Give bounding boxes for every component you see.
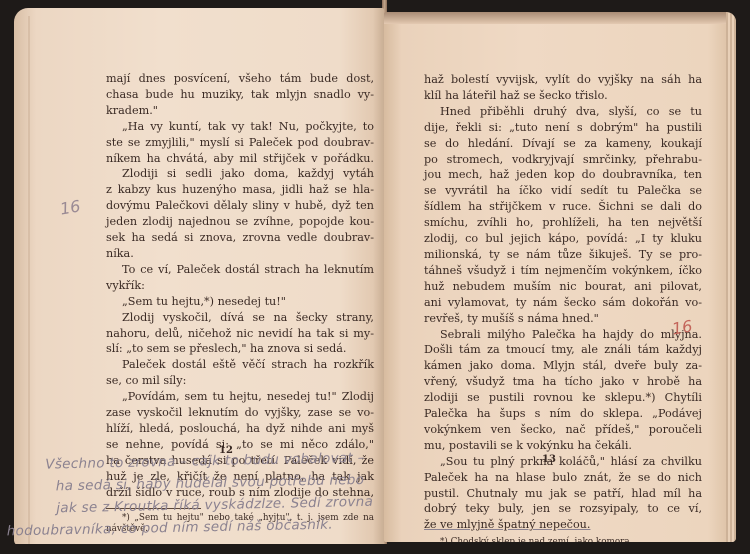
red-pencil-margin-mark: 16 [671,316,694,338]
text-line: Hned přiběhli druhý dva, slyší, co se tu [424,104,702,120]
text-line: Zlodiji si sedli jako doma, každyj vytáh [106,166,374,182]
text-line: Paleček ha na hlase bulo znát, že se do … [424,470,702,486]
text-line: huž nebudem muším nic bourat, ani pilova… [424,279,702,295]
text-line: dobrý teky buly, jen se rozsyipaly, to c… [424,501,702,517]
text-line: vřený, všudyž tma ha tícho jako v hrobě … [424,374,702,390]
text-line: „Ha vy kuntí, tak vy tak! Nu, počkyjte, … [106,119,374,135]
text-line: ste se zmyjlili," myslí si Paleček pod d… [106,135,374,151]
text-line: slí: „to sem se přeslech," ha znova si s… [106,341,374,357]
right-page-text: haž bolestí vyvijsk, vylít do vyjšky na … [424,72,702,542]
text-line: vokýnkem ven šecko, nač přídeš," porouče… [424,422,702,438]
text-line: dovýmu Palečkovi dělaly sliny v hubě, dy… [106,198,374,214]
text-line: níka. [106,246,374,262]
text-line: se, co mil síly: [106,373,374,389]
text-line: níkem ha chvátá, aby mil střijček v pořá… [106,151,374,167]
text-line: „Sem tu hejtu,*) nesedej tu!" [106,294,374,310]
text-line: dije, řekli si: „tuto není s dobrým" ha … [424,120,702,136]
text-line: milionská, ty se nám tůze šikuješ. Ty se… [424,247,702,263]
background-bottom [0,544,750,554]
text-line: táhneš všudyž i tím nejmenčím vokýnkem, … [424,263,702,279]
page-top-edge [384,12,736,24]
text-line-underlined: že ve mlyjně špatný nepečou. [424,517,702,533]
text-line: vykřík: [106,278,374,294]
text-line: jou mech, haž jeden kop do doubravníka, … [424,167,702,183]
text-line: po stromech, vodkryjvají smrčinky, přehr… [424,152,702,168]
text-line: To ce ví, Paleček dostál strach ha leknu… [106,262,374,278]
text-line: smíchu, zvíhli ho, prohlíželi, ha ten ne… [424,215,702,231]
text-line: jeden zlodij najednou se zvíhne, popojde… [106,214,374,230]
text-line: šídlem ha střijčkem v ruce. Šichni se da… [424,199,702,215]
text-line: nahoru, delů, ničehož nic nevidí ha tak … [106,326,374,342]
text-line: chasa bude hu muziky, tak mlyjn snadlo v… [106,87,374,103]
pencil-margin-mark: 16 [59,196,82,218]
open-book: mají dnes posvícení, všeho tám bude dost… [0,0,750,554]
text-line: Paleček dostál eště věčí strach ha rozkř… [106,357,374,373]
text-line: pustil. Chutnaly mu jak se patří, hlad m… [424,486,702,502]
footnote: *) Chodský sklep je nad zemí, jako komor… [424,537,702,542]
text-line: Zlodij vyskočil, dívá se na šecky strany… [106,310,374,326]
text-line: „Sou tu plný prkna koláčů," hlásí za chv… [424,454,702,470]
text-line: Došli tám za tmoucí tmy, ale ználi tám k… [424,342,702,358]
text-line: zase vyskočil leknutím do vyjšky, zase s… [106,405,374,421]
text-line: mu, postavili se k vokýnku ha čekáli. [424,438,702,454]
text-line: z kabzy kus huzenýho masa, jidli haž se … [106,182,374,198]
text-line: haž bolestí vyvijsk, vylít do vyjšky na … [424,72,702,88]
text-line: „Povídám, sem tu hejtu, nesedej tu!" Zlo… [106,389,374,405]
text-line: Sebrali milýho Palečka ha hajdy do mlyjn… [424,327,702,343]
handwritten-pencil-note: Všechno to zrovna – cajk to budu vobalov… [45,446,387,541]
text-line: zlodij, co bul jejich kápo, povídá: „I t… [424,231,702,247]
page-edge [28,16,30,546]
text-line: revřeš, ty mušíš s náma hned." [424,311,702,327]
text-line: se do hledání. Dívají se za kameny, kouk… [424,136,702,152]
page-edge-stack [726,12,736,542]
text-line: zlodiji se pustili rovnou ke sklepu.*) C… [424,390,702,406]
text-line: sek ha sedá si znova, zrovna vedle doubr… [106,230,374,246]
text-line: kámen jako doma. Mlyjn stál, dveře buly … [424,358,702,374]
right-page: haž bolestí vyvijsk, vylít do vyjšky na … [384,12,736,542]
text-line: klíl ha láteřil haž se šecko třislo. [424,88,702,104]
text-line: mají dnes posvícení, všeho tám bude dost… [106,71,374,87]
text-line: se vyvrátil ha íčko vidí sedít tu Palečk… [424,183,702,199]
text-line: Palečka ha šups s ním do sklepa. „Podáve… [424,406,702,422]
text-line: kradem." [106,103,374,119]
text-line: hlíží, hledá, poslouchá, ha dyž nihde an… [106,421,374,437]
text-line: ani vylamovat, ty nám šecko sám dokořán … [424,295,702,311]
page-number: 13 [542,454,556,465]
